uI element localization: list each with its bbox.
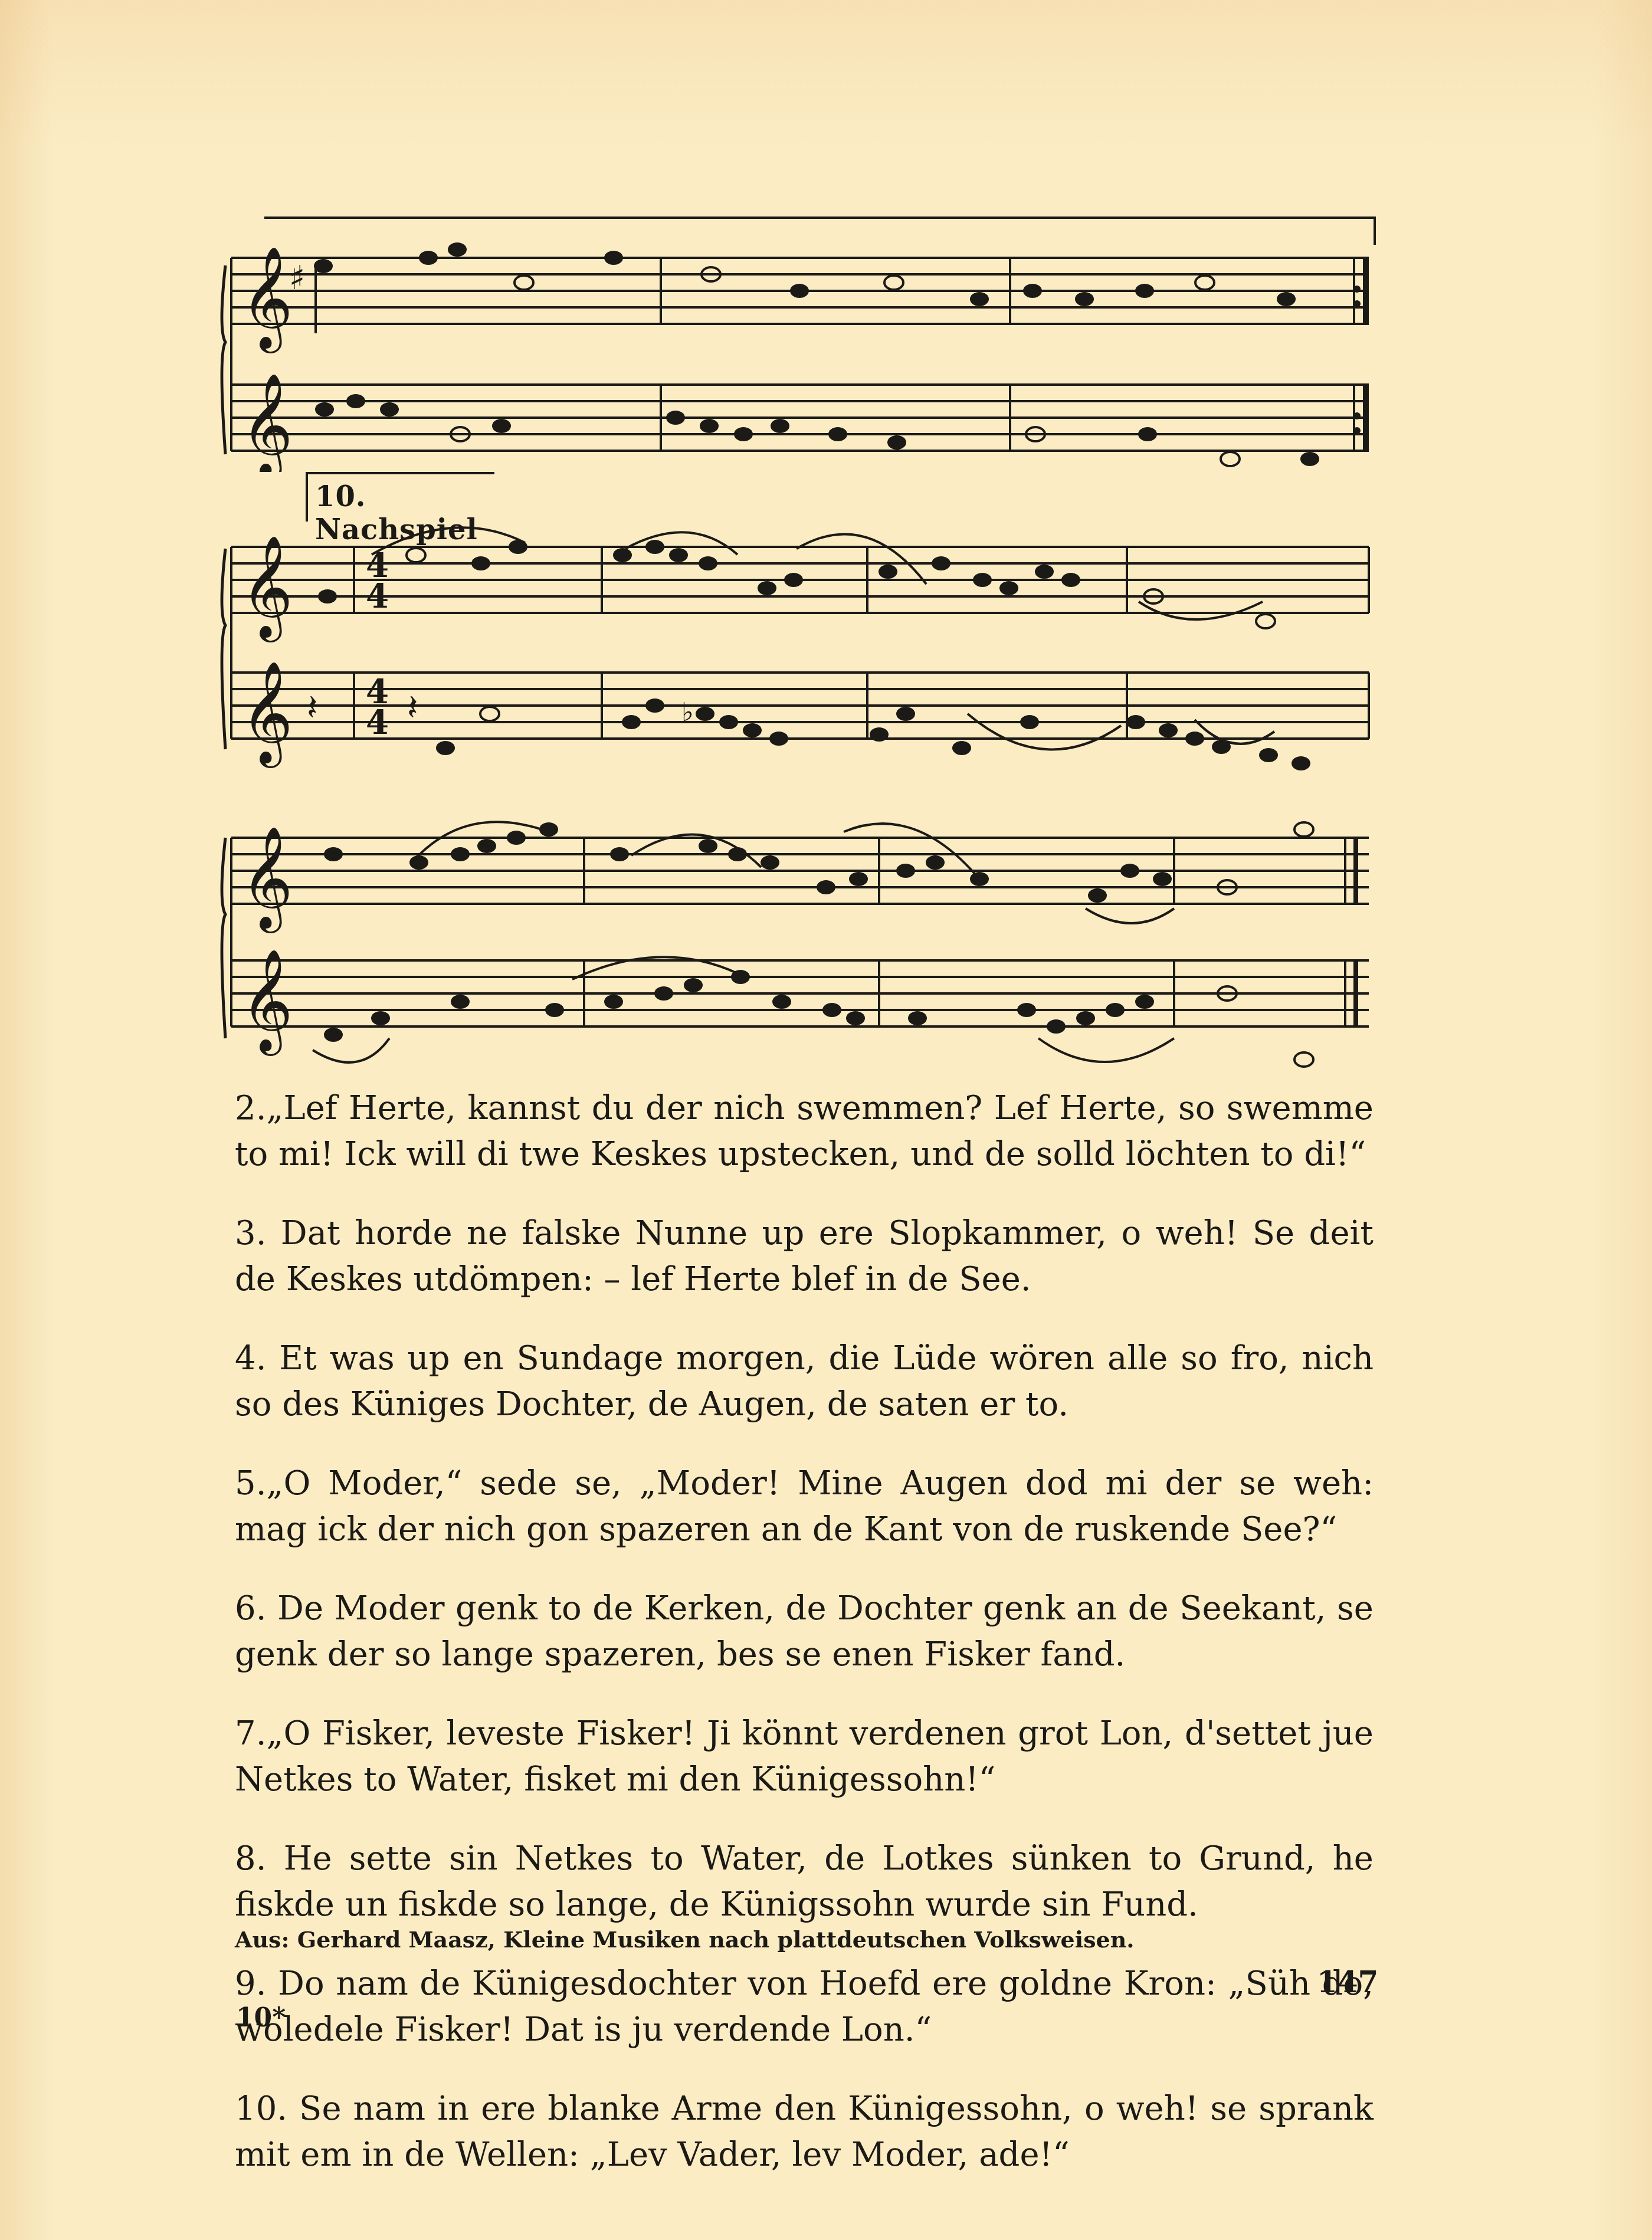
stanza-10: 10. Se nam in ere blanke Arme den Künige…	[235, 2086, 1374, 2178]
svg-text:♯: ♯	[289, 259, 305, 297]
stanza-8: 8. He sette sin Netkes to Water, de Lotk…	[235, 1836, 1374, 1928]
staff-notation: 𝄞 𝄞 44 44 𝄽𝄽 ♭	[218, 513, 1381, 773]
stanza-6: 6. De Moder genk to de Kerken, de Dochte…	[235, 1586, 1374, 1678]
svg-text:𝄽: 𝄽	[307, 687, 317, 729]
stanza-2: 2.„Lef Herte, kannst du der nich swemmen…	[235, 1085, 1374, 1178]
staff-notation: 𝄞 𝄞	[218, 802, 1381, 1074]
lyrics-stanzas: 2.„Lef Herte, kannst du der nich swemmen…	[235, 1085, 1374, 2184]
svg-text:4: 4	[366, 577, 389, 616]
book-page: 𝄞 𝄞 ♯	[0, 0, 1652, 2240]
svg-text:𝄞: 𝄞	[241, 246, 293, 353]
svg-text:♭: ♭	[681, 697, 694, 727]
svg-text:𝄞: 𝄞	[241, 535, 293, 642]
music-system-1: 𝄞 𝄞 ♯	[218, 224, 1381, 472]
stanza-7: 7.„O Fisker, leveste Fisker! Ji könnt ve…	[235, 1711, 1374, 1803]
page-number: 147	[1317, 1964, 1378, 1999]
signature-mark: 10*	[236, 2003, 286, 2033]
stanza-5: 5.„O Moder,“ sede se, „Moder! Mine Augen…	[235, 1461, 1374, 1553]
source-credit: Aus: Gerhard Maasz, Kleine Musiken nach …	[235, 1926, 1135, 1953]
svg-text:4: 4	[366, 703, 389, 742]
svg-text:𝄞: 𝄞	[241, 661, 293, 768]
stanza-3: 3. Dat horde ne falske Nunne up ere Slop…	[235, 1211, 1374, 1303]
svg-text:𝄞: 𝄞	[241, 949, 293, 1056]
music-system-3: 𝄞 𝄞	[218, 802, 1381, 1074]
music-system-2: 𝄞 𝄞 44 44 𝄽𝄽 ♭	[218, 513, 1381, 773]
stanza-9: 9. Do nam de Künigesdochter von Hoefd er…	[235, 1961, 1374, 2053]
stanza-4: 4. Et was up en Sundage morgen, die Lüde…	[235, 1336, 1374, 1428]
svg-text:𝄞: 𝄞	[241, 373, 293, 472]
svg-text:𝄽: 𝄽	[407, 687, 418, 729]
staff-notation: 𝄞 𝄞 ♯	[218, 224, 1381, 472]
svg-text:𝄞: 𝄞	[241, 826, 293, 933]
